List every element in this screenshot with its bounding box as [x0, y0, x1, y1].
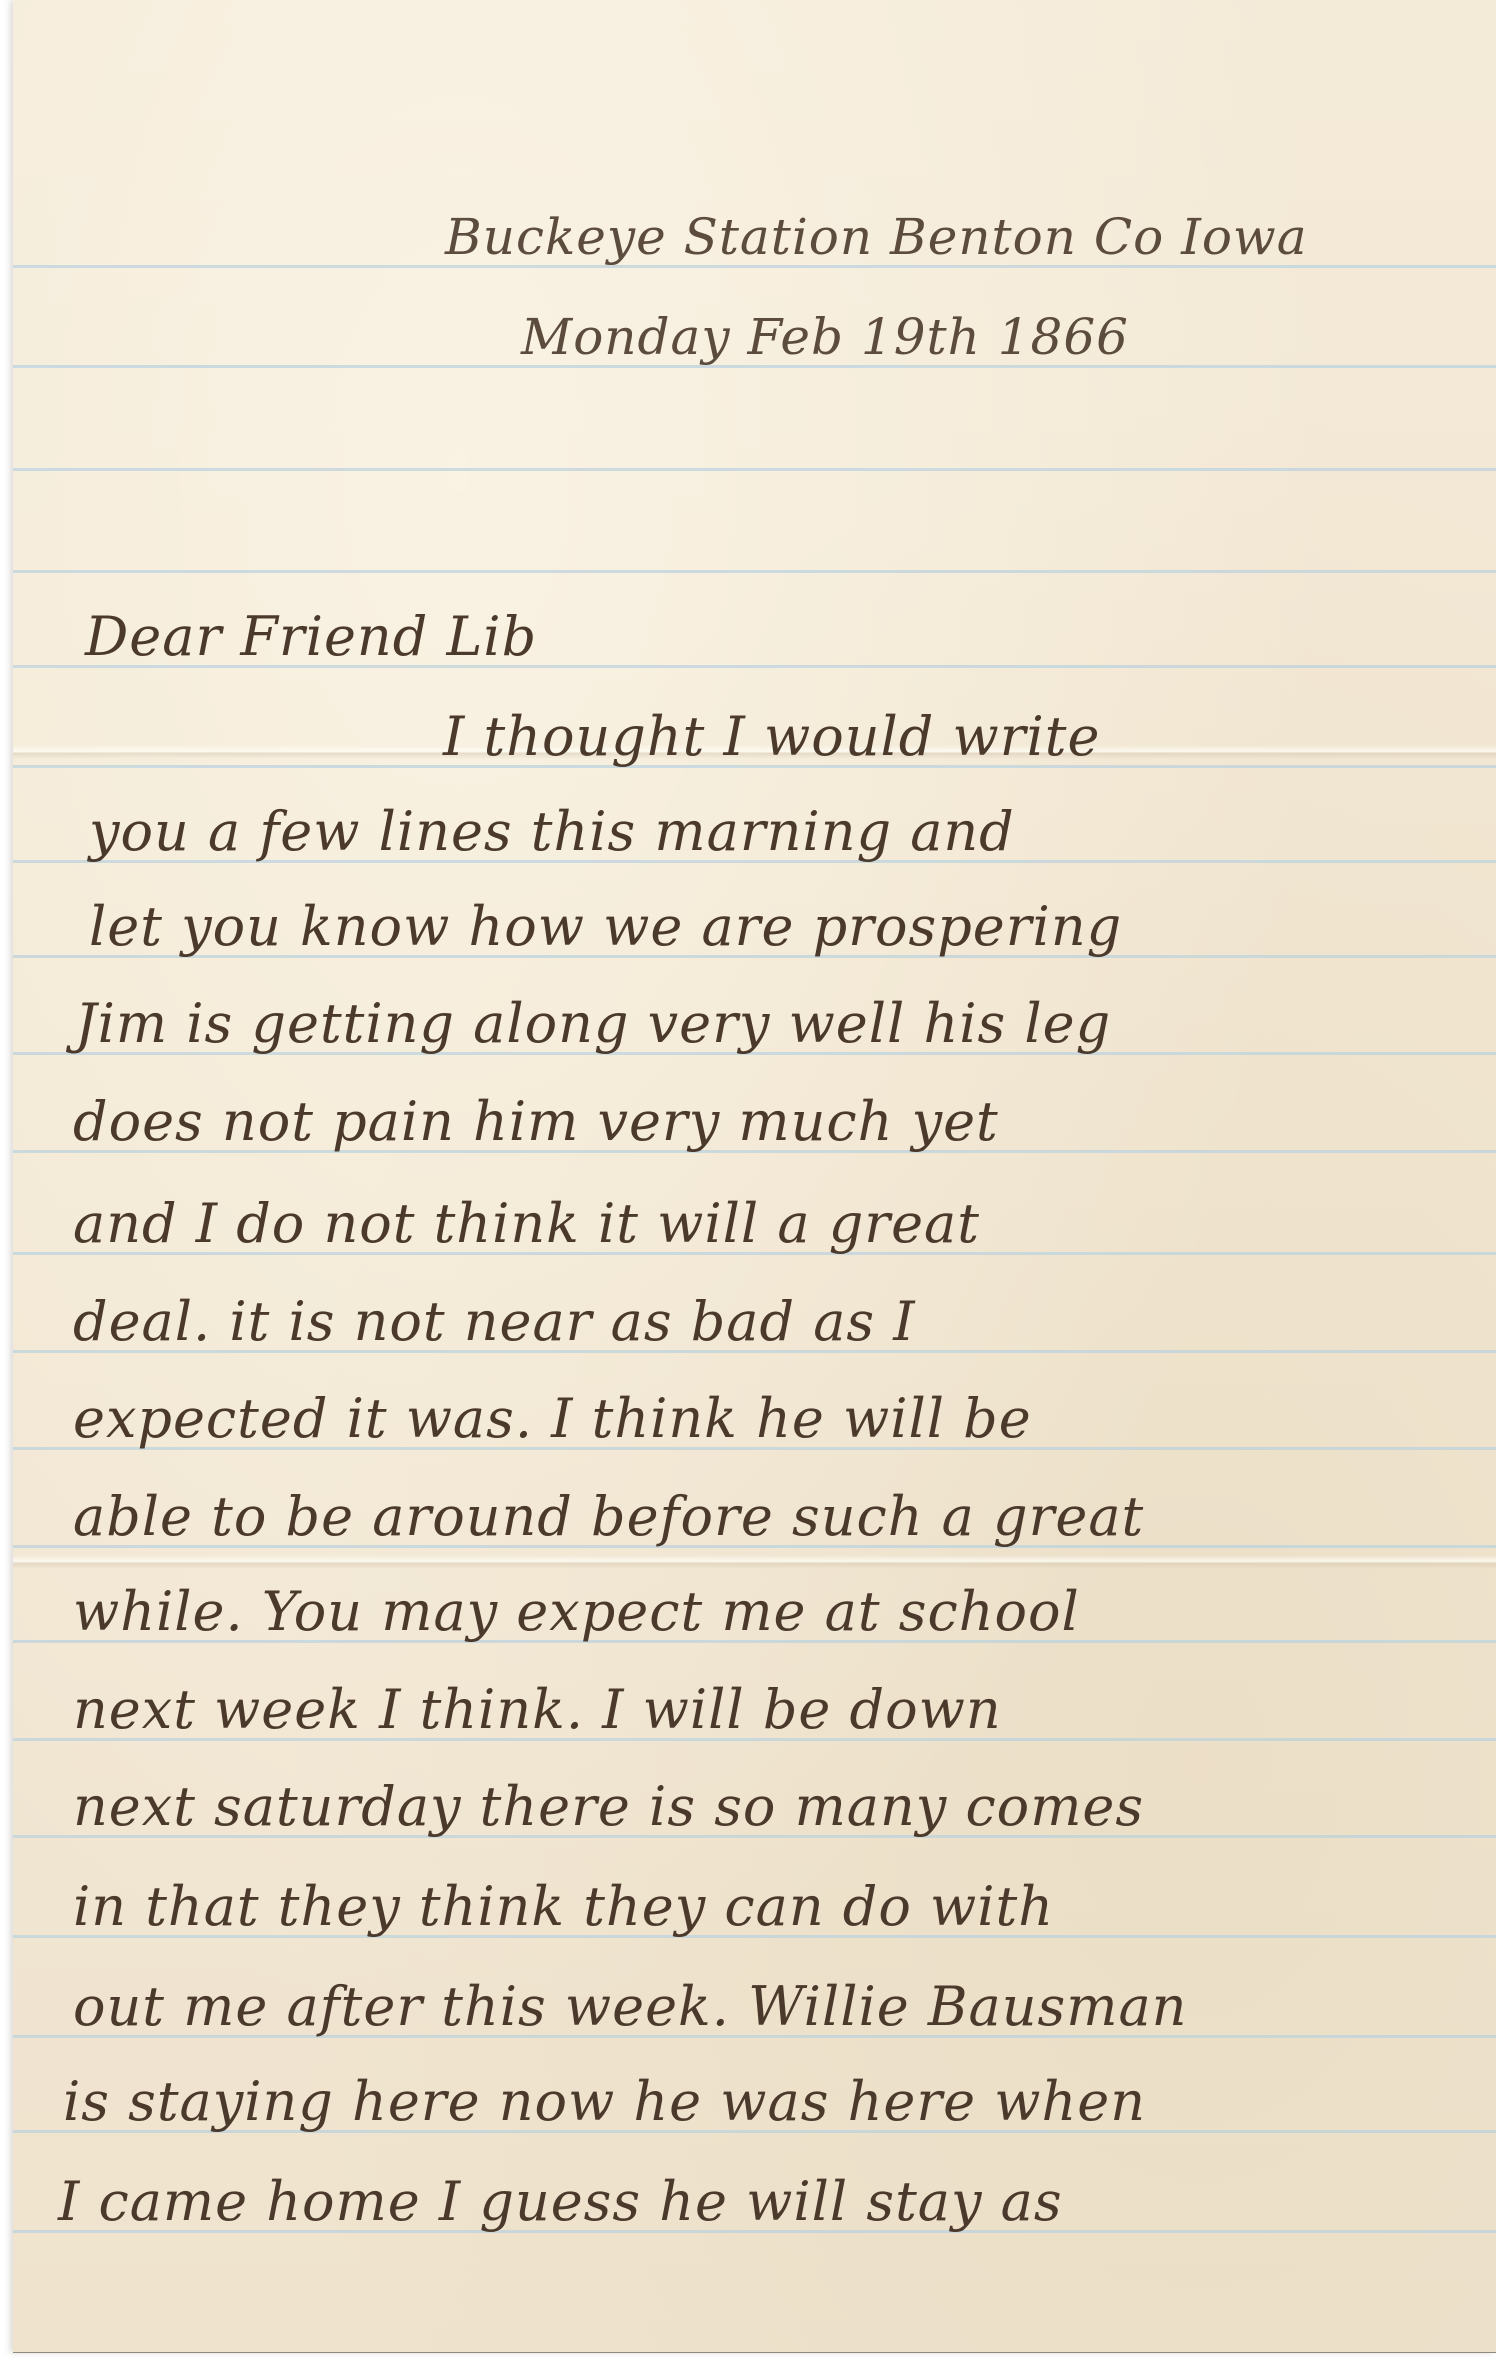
body-line: expected it was. I think he will be	[73, 1389, 1496, 1449]
body-line: out me after this week. Willie Bausman	[73, 1977, 1496, 2037]
body-line: and I do not think it will a great	[73, 1194, 1496, 1254]
body-line: I came home I guess he will stay as	[58, 2172, 1496, 2232]
body-line: while. You may expect me at school	[73, 1582, 1496, 1642]
body-line: does not pain him very much yet	[73, 1092, 1496, 1152]
salutation: Dear Friend Lib	[85, 607, 1496, 667]
body-line: in that they think they can do with	[73, 1877, 1496, 1937]
ruled-line	[13, 468, 1496, 471]
body-line: Jim is getting along very well his leg	[75, 994, 1496, 1054]
body-line: able to be around before such a great	[73, 1487, 1496, 1547]
letter-date: Monday Feb 19th 1866	[521, 307, 1496, 367]
body-line: let you know how we are prospering	[89, 897, 1496, 957]
body-line: is staying here now he was here when	[63, 2072, 1496, 2132]
body-line: I thought I would write	[443, 707, 1496, 767]
fold-crease	[13, 1555, 1496, 1569]
body-line: next week I think. I will be down	[73, 1680, 1496, 1740]
body-line: you a few lines this marning and	[89, 802, 1496, 862]
ruled-line	[13, 570, 1496, 573]
body-line: next saturday there is so many comes	[73, 1777, 1496, 1837]
letter-place: Buckeye Station Benton Co Iowa	[445, 207, 1496, 267]
body-line: deal. it is not near as bad as I	[73, 1292, 1496, 1352]
letter-page: Buckeye Station Benton Co Iowa Monday Fe…	[13, 0, 1496, 2353]
